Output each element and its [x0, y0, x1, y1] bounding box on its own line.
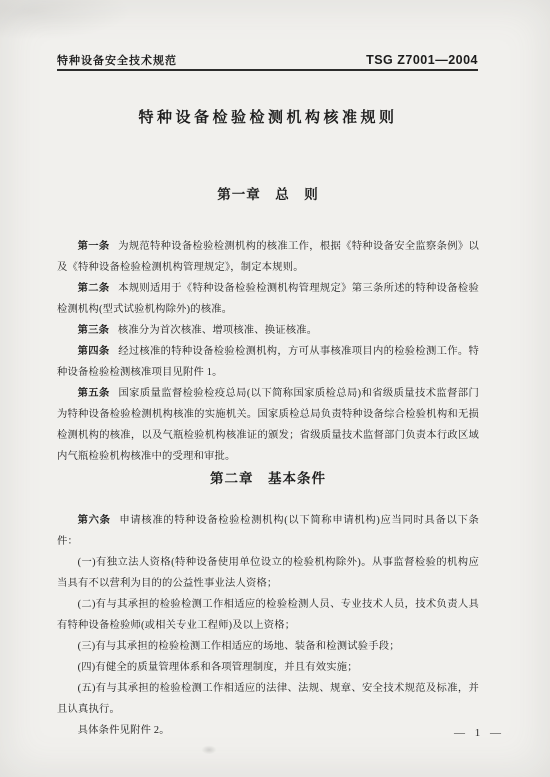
article-5: 第五条国家质量监督检验检疫总局(以下简称国家质检总局)和省级质量技术监督部门为特… — [57, 383, 479, 467]
page-number: — 1 — — [454, 727, 502, 739]
article-4-number: 第四条 — [78, 346, 110, 357]
article-2: 第二条本规则适用于《特种设备检验检测机构管理规定》第三条所述的特种设备检验检测机… — [57, 278, 479, 320]
chapter-1: 第一章 总 则 第一条为规范特种设备检验检测机构的核准工作，根据《特种设备安全监… — [57, 186, 479, 467]
chapter-2: 第二章 基本条件 第六条申请核准的特种设备检验检测机构(以下简称申请机构)应当同… — [57, 470, 479, 741]
closing-note-text: 具体条件见附件 2。 — [78, 725, 170, 736]
condition-item-1-text: (一)有独立法人资格(特种设备使用单位设立的检验机构除外)。从事监督检验的机构应… — [57, 557, 479, 589]
article-2-number: 第二条 — [78, 283, 110, 294]
article-4-text: 经过核准的特种设备检验检测机构，方可从事核准项目内的检验检测工作。特种设备检验检… — [57, 346, 479, 378]
article-1-number: 第一条 — [78, 241, 110, 252]
condition-item-1: (一)有独立法人资格(特种设备使用单位设立的检验机构除外)。从事监督检验的机构应… — [57, 552, 479, 594]
header-rule — [57, 69, 478, 71]
article-4: 第四条经过核准的特种设备检验检测机构，方可从事核准项目内的检验检测工作。特种设备… — [57, 341, 479, 383]
article-6-text: 申请核准的特种设备检验检测机构(以下简称申请机构)应当同时具备以下条件： — [57, 515, 479, 547]
article-3-number: 第三条 — [78, 325, 110, 336]
article-3-text: 核准分为首次核准、增项核准、换证核准。 — [118, 325, 317, 336]
condition-item-4: (四)有健全的质量管理体系和各项管理制度，并且有效实施； — [57, 657, 479, 678]
condition-item-5: (五)有与其承担的检验检测工作相适应的法律、法规、规章、安全技术规范及标准，并且… — [57, 678, 479, 720]
document-title: 特种设备检验检测机构核准规则 — [57, 108, 479, 128]
condition-item-3-text: (三)有与其承担的检验检测工作相适应的场地、装备和检测试验手段； — [78, 641, 400, 652]
article-1: 第一条为规范特种设备检验检测机构的核准工作，根据《特种设备安全监察条例》以及《特… — [57, 236, 479, 278]
running-head-left: 特种设备安全技术规范 — [57, 52, 177, 68]
condition-item-5-text: (五)有与其承担的检验检测工作相适应的法律、法规、规章、安全技术规范及标准，并且… — [57, 683, 479, 715]
document-code: TSG Z7001—2004 — [366, 53, 478, 67]
article-6: 第六条申请核准的特种设备检验检测机构(以下简称申请机构)应当同时具备以下条件： — [57, 510, 479, 552]
article-5-number: 第五条 — [78, 388, 110, 399]
condition-item-4-text: (四)有健全的质量管理体系和各项管理制度，并且有效实施； — [78, 662, 358, 673]
condition-item-2-text: (二)有与其承担的检验检测工作相适应的检验检测人员、专业技术人员，技术负责人具有… — [57, 599, 479, 631]
article-1-text: 为规范特种设备检验检测机构的核准工作，根据《特种设备安全监察条例》以及《特种设备… — [57, 241, 479, 273]
scanned-document-page: 特种设备安全技术规范 TSG Z7001—2004 特种设备检验检测机构核准规则… — [0, 0, 550, 777]
condition-item-3: (三)有与其承担的检验检测工作相适应的场地、装备和检测试验手段； — [57, 636, 479, 657]
closing-note: 具体条件见附件 2。 — [57, 720, 479, 741]
chapter-2-heading: 第二章 基本条件 — [57, 470, 479, 488]
document-body: 特种设备检验检测机构核准规则 第一章 总 则 第一条为规范特种设备检验检测机构的… — [57, 108, 479, 741]
article-5-text: 国家质量监督检验检疫总局(以下简称国家质检总局)和省级质量技术监督部门为特种设备… — [57, 388, 479, 462]
running-head: 特种设备安全技术规范 TSG Z7001—2004 — [57, 52, 478, 68]
article-6-number: 第六条 — [78, 515, 111, 526]
condition-item-2: (二)有与其承担的检验检测工作相适应的检验检测人员、专业技术人员，技术负责人具有… — [57, 594, 479, 636]
article-2-text: 本规则适用于《特种设备检验检测机构管理规定》第三条所述的特种设备检验检测机构(型… — [57, 283, 479, 315]
chapter-1-heading: 第一章 总 则 — [57, 186, 479, 204]
article-3: 第三条核准分为首次核准、增项核准、换证核准。 — [57, 320, 479, 341]
